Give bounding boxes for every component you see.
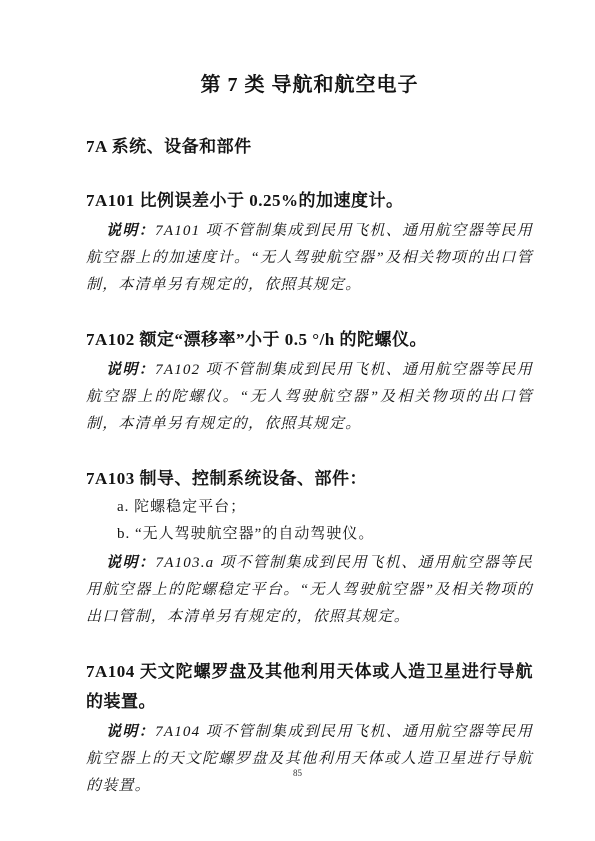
- note-label: 说明：: [106, 362, 155, 378]
- sub-item-a: a. 陀螺稳定平台；: [86, 494, 533, 521]
- item-heading-7a101: 7A101 比例误差小于 0.25%的加速度计。: [86, 186, 533, 216]
- note-paragraph: 说明：7A102 项不管制集成到民用飞机、通用航空器等民用航空器上的陀螺仪。“无…: [86, 357, 533, 438]
- note-paragraph: 说明：7A103.a 项不管制集成到民用飞机、通用航空器等民用航空器上的陀螺稳定…: [86, 550, 533, 631]
- note-paragraph: 说明：7A104 项不管制集成到民用飞机、通用航空器等民用航空器上的天文陀螺罗盘…: [86, 719, 533, 800]
- note-label: 说明：: [106, 223, 155, 239]
- item-7a104: 7A104 天文陀螺罗盘及其他利用天体或人造卫星进行导航的装置。 说明：7A10…: [86, 657, 533, 800]
- note-label: 说明：: [106, 724, 155, 740]
- item-7a102: 7A102 额定“漂移率”小于 0.5 °/h 的陀螺仪。 说明：7A102 项…: [86, 325, 533, 438]
- item-heading-7a102: 7A102 额定“漂移率”小于 0.5 °/h 的陀螺仪。: [86, 325, 533, 355]
- section-heading-7a: 7A 系统、设备和部件: [86, 134, 533, 160]
- note-label: 说明：: [106, 555, 156, 571]
- note-paragraph: 说明：7A101 项不管制集成到民用飞机、通用航空器等民用航空器上的加速度计。“…: [86, 218, 533, 299]
- item-heading-7a104: 7A104 天文陀螺罗盘及其他利用天体或人造卫星进行导航的装置。: [86, 657, 533, 717]
- sub-item-b: b. “无人驾驶航空器”的自动驾驶仪。: [86, 521, 533, 548]
- document-page: 第 7 类 导航和航空电子 7A 系统、设备和部件 7A101 比例误差小于 0…: [0, 0, 595, 841]
- page-title: 第 7 类 导航和航空电子: [86, 72, 533, 98]
- item-heading-7a103: 7A103 制导、控制系统设备、部件：: [86, 464, 533, 494]
- item-7a101: 7A101 比例误差小于 0.25%的加速度计。 说明：7A101 项不管制集成…: [86, 186, 533, 299]
- item-7a103: 7A103 制导、控制系统设备、部件： a. 陀螺稳定平台； b. “无人驾驶航…: [86, 464, 533, 631]
- page-number: 85: [0, 768, 595, 778]
